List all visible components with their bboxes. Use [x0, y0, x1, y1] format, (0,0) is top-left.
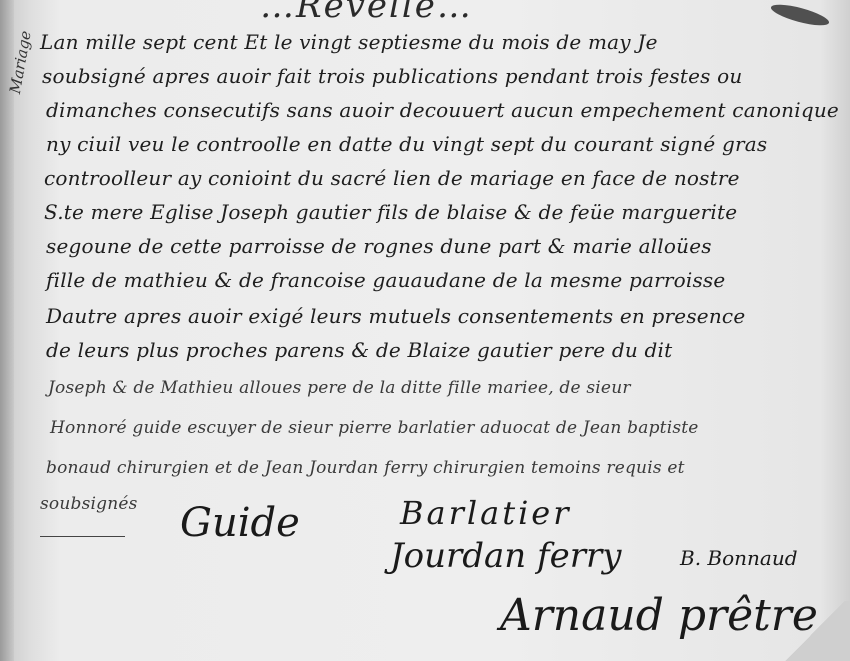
heading-fragment: …Revelle… [260, 0, 473, 26]
ink-blot [769, 0, 831, 29]
signature-bonnaud: B. Bonnaud [680, 546, 798, 570]
signature-arnaud: Arnaud prêtre [500, 590, 818, 641]
signature-jourdan-ferry: Jourdan ferry [390, 536, 621, 576]
book-spine [0, 0, 14, 661]
text-line-11: Joseph & de Mathieu alloues pere de la d… [48, 378, 631, 398]
signature-guide: Guide [180, 500, 300, 546]
text-line-1: Lan mille sept cent Et le vingt septiesm… [40, 30, 658, 54]
text-line-14: soubsignés [40, 494, 138, 514]
text-line-6: S.te mere Eglise Joseph gautier fils de … [44, 200, 737, 224]
text-line-7: segoune de cette parroisse de rognes dun… [46, 234, 712, 258]
text-line-8: fille de mathieu & de francoise gauaudan… [46, 268, 725, 292]
manuscript-page: …Revelle… Mariage Lan mille sept cent Et… [0, 0, 850, 661]
text-line-3: dimanches consecutifs sans auoir decouue… [46, 98, 839, 122]
text-line-10: de leurs plus proches parens & de Blaize… [46, 338, 672, 362]
text-line-12: Honnoré guide escuyer de sieur pierre ba… [50, 418, 699, 438]
text-line-13: bonaud chirurgien et de Jean Jourdan fer… [46, 458, 685, 478]
text-line-9: Dautre apres auoir exigé leurs mutuels c… [46, 304, 745, 328]
page-corner [780, 601, 850, 661]
text-line-2: soubsigné apres auoir fait trois publica… [42, 64, 742, 88]
text-line-4: ny ciuil veu le controolle en datte du v… [46, 132, 767, 156]
text-line-5: controolleur ay conioint du sacré lien d… [44, 166, 740, 190]
rule-line [40, 536, 125, 537]
signature-barlatier: Barlatier [400, 494, 572, 532]
